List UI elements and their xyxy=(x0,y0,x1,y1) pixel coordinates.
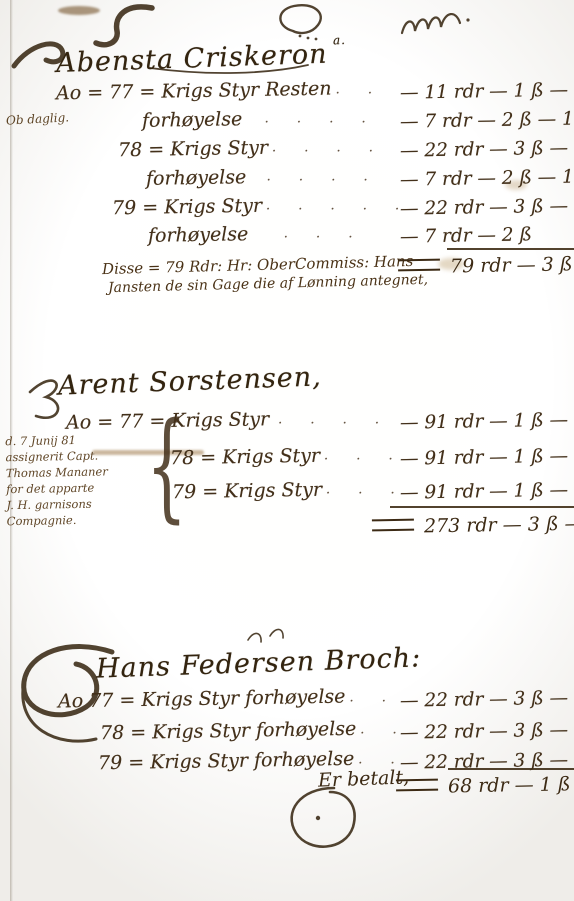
dot-leader: · · · · · xyxy=(262,202,400,217)
heading-superscript: a. xyxy=(333,33,346,47)
dot-leader: · · · · xyxy=(246,173,400,188)
dot-leader: · · · · xyxy=(242,115,400,130)
row-amount: — 91 rdr — 1 ß — xyxy=(400,479,574,503)
entry-name-1: Abensta Criskeron xyxy=(56,39,328,79)
dot-leader: · · · · · xyxy=(332,86,400,101)
row-label: 79 = Krigs Styr xyxy=(172,479,322,504)
double-equals-mark xyxy=(398,259,440,272)
entry-heading-1: Abensta Criskerona. xyxy=(55,33,347,79)
row-label: forhøyelse xyxy=(146,166,247,190)
dot-leader: · · · · xyxy=(356,726,400,741)
ledger-row: 78 = Krigs Styr · · · · · · — 22 rdr — 3… xyxy=(0,138,574,160)
row-label: forhøyelse xyxy=(148,223,249,247)
total-row-2: 273 rdr — 3 ß — xyxy=(372,514,574,536)
dot-leader: · · · · xyxy=(322,486,400,501)
double-equals-mark xyxy=(396,779,438,792)
entry-heading-2: Arent Sorstensen, xyxy=(58,361,323,401)
flourish-heading3-squiggles xyxy=(248,629,283,642)
double-equals-mark xyxy=(372,519,414,532)
row-label: 79 = Krigs Styr xyxy=(112,195,262,220)
total-amount-2: 273 rdr — 3 ß — xyxy=(424,513,574,538)
row-label: Ao = 77 = Krigs Styr xyxy=(66,408,269,434)
row-label: Ao = 77 = Krigs Styr Resten xyxy=(56,78,332,105)
row-amount: — 7 rdr — 2 ß xyxy=(400,223,574,247)
entry-name-3: Hans Federsen Broch: xyxy=(96,642,422,684)
total-overline-1 xyxy=(447,248,574,250)
total-overline-3 xyxy=(448,768,574,770)
total-amount-1: 79 rdr — 3 ß — 9 xyxy=(450,253,574,278)
ledger-row: Ao = 77 = Krigs Styr · · · · — 91 rdr — … xyxy=(0,410,574,432)
dot-leader: · · · · · · xyxy=(268,144,400,159)
row-label: 79 = Krigs Styr forhøyelse xyxy=(98,748,355,774)
row-amount: — 22 rdr — 3 ß — xyxy=(400,687,574,711)
row-amount: — 22 rdr — 3 ß — 6 xyxy=(400,719,574,743)
total-row-1: 79 rdr — 3 ß — 9 xyxy=(398,254,574,276)
row-amount: — 7 rdr — 2 ß — 10 xyxy=(400,166,574,190)
margin-note-line: Compagnie. xyxy=(7,511,147,529)
ledger-row: forhøyelse · · · · — 7 rdr — 2 ß — 1 xyxy=(0,109,574,131)
row-amount: — 91 rdr — 1 ß — xyxy=(400,445,574,469)
row-label: 78 = Krigs Styr forhøyelse xyxy=(100,718,357,744)
manuscript-page: Abensta Criskerona. Ob daglig. Ao = 77 =… xyxy=(0,0,574,901)
row-amount: — 11 rdr — 1 ß — 1 xyxy=(400,79,574,103)
row-amount: — 7 rdr — 2 ß — 1 xyxy=(400,108,574,132)
entry-name-2: Arent Sorstensen, xyxy=(58,361,323,401)
row-label: forhøyelse xyxy=(142,108,243,132)
ledger-row: 78 = Krigs Styr forhøyelse · · · · — 22 … xyxy=(0,720,574,742)
dot-leader: · · · xyxy=(248,230,400,245)
dot-leader: · · · · xyxy=(269,416,400,431)
flourish-top-oval xyxy=(280,5,320,33)
ledger-row: 78 = Krigs Styr · · · · — 91 rdr — 1 ß — xyxy=(0,446,574,468)
row-amount: — 22 rdr — 3 ß — 6 xyxy=(400,137,574,161)
ledger-row: Ao = 77 = Krigs Styr Resten · · · · · — … xyxy=(0,80,574,102)
row-amount: — 22 rdr — 3 ß — 6 xyxy=(400,195,574,219)
total-overline-2 xyxy=(390,506,574,508)
ledger-row: 79 = Krigs Styr · · · · · — 22 rdr — 3 ß… xyxy=(0,196,574,218)
ink-smudge-top xyxy=(58,6,100,15)
row-label: Ao 77 = Krigs Styr forhøyelse xyxy=(58,685,346,712)
ledger-row: forhøyelse · · · — 7 rdr — 2 ß xyxy=(0,224,574,246)
entry-heading-3: Hans Federsen Broch: xyxy=(96,642,422,684)
row-label: 78 = Krigs Styr xyxy=(170,445,320,470)
flourish-top-squiggle xyxy=(402,14,460,33)
ledger-row: 79 = Krigs Styr · · · · — 91 rdr — 1 ß — xyxy=(0,480,574,502)
flourish-bottom-loop xyxy=(292,788,355,847)
ledger-row: forhøyelse · · · · — 7 rdr — 2 ß — 10 xyxy=(0,167,574,189)
total-row-3: 68 rdr — 1 ß — 1 xyxy=(396,774,574,796)
ledger-row: Ao 77 = Krigs Styr forhøyelse · · · · — … xyxy=(0,688,574,710)
row-label: 78 = Krigs Styr xyxy=(118,137,268,162)
total-amount-3: 68 rdr — 1 ß — 1 xyxy=(448,773,574,798)
row-amount: — 91 rdr — 1 ß — xyxy=(400,409,574,433)
dot-leader: · · · · xyxy=(320,452,400,467)
dot-leader: · · · · xyxy=(345,694,400,709)
